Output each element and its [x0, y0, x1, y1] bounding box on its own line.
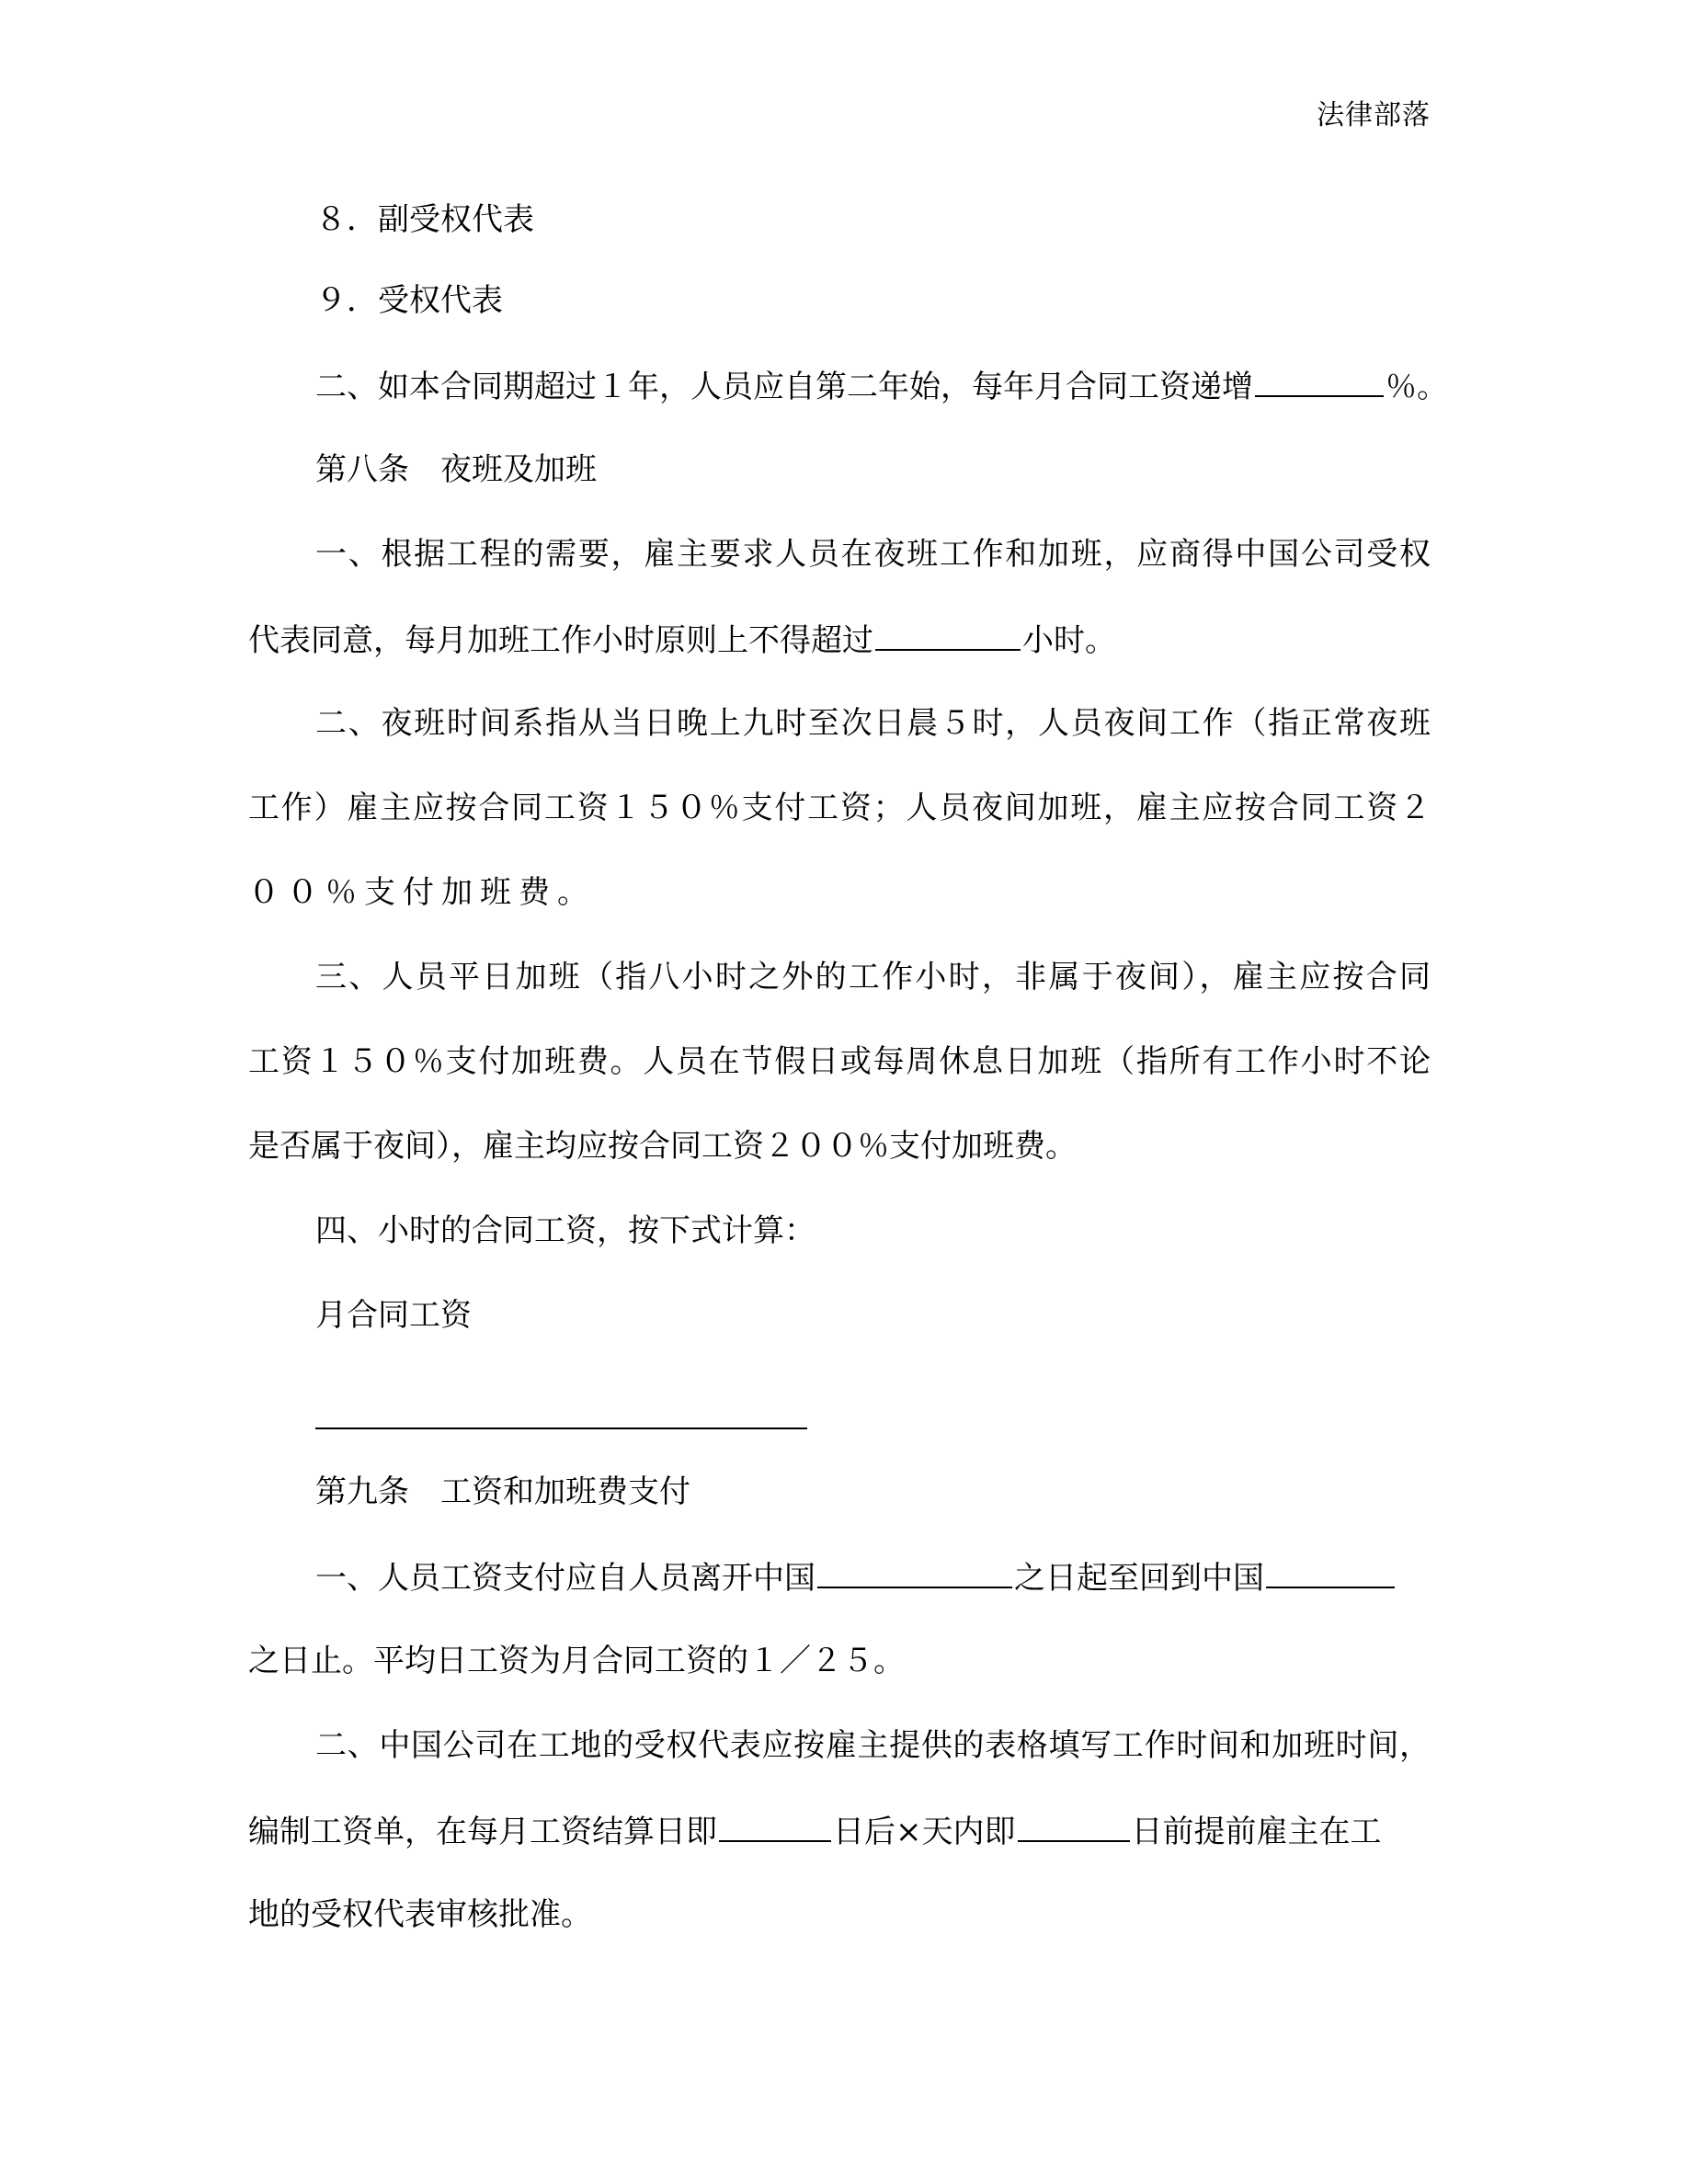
percent-blank-field[interactable] — [1255, 364, 1384, 397]
p1-line2-text: 代表同意，每月加班工作小时原则上不得超过 — [248, 622, 873, 659]
p2-line2-suffix: 日前提前雇主在工 — [1132, 1814, 1382, 1850]
article-8-heading: 第八条 夜班及加班 — [315, 449, 1431, 491]
p1-line1-text: 一、人员工资支付应自人员离开中国 — [315, 1560, 815, 1597]
settlement-day-blank-field[interactable] — [719, 1809, 831, 1842]
article-9-p2-line3: 地的受权代表审核批准。 — [248, 1894, 1431, 1936]
article-8-p1-line1: 一、根据工程的需要，雇主要求人员在夜班工作和加班，应商得中国公司受权 — [315, 533, 1431, 575]
article-9-heading: 第九条 工资和加班费支付 — [315, 1471, 1431, 1513]
article-8-p2-line1: 二、夜班时间系指从当日晚上九时至次日晨５时，人员夜间工作（指正常夜班 — [315, 702, 1431, 745]
article-9-p2-line1: 二、中国公司在工地的受权代表应按雇主提供的表格填写工作时间和加班时间， — [315, 1724, 1431, 1767]
p2-line2-middle: 日后×天内即 — [833, 1814, 1016, 1850]
p1-line2-suffix: 小时。 — [1022, 622, 1116, 659]
list-item-8: ８．副受权代表 — [315, 199, 1431, 241]
article-9-p1-line1: 一、人员工资支付应自人员离开中国之日起至回到中国 — [315, 1555, 1431, 1599]
overtime-hours-blank-field[interactable] — [875, 618, 1021, 651]
p2-line2-text: 编制工资单，在每月工资结算日即 — [248, 1814, 717, 1850]
clause-suffix: ％。 — [1386, 369, 1448, 405]
article-8-p3-line1: 三、人员平日加班（指八小时之外的工作小时，非属于夜间），雇主应按合同 — [315, 956, 1431, 998]
deadline-day-blank-field[interactable] — [1018, 1809, 1130, 1842]
article-8-p3-line2: 工资１５０％支付加班费。人员在节假日或每周休息日加班（指所有工作小时不论 — [248, 1041, 1431, 1083]
salary-increase-clause: 二、如本合同期超过１年，人员应自第二年始，每年月合同工资递增％。 — [315, 364, 1431, 408]
list-item-9: ９．受权代表 — [315, 279, 1431, 322]
page-header-title: 法律部落 — [1317, 97, 1431, 134]
formula-numerator: 月合同工资 — [315, 1294, 1431, 1337]
article-8-p3-line3: 是否属于夜间），雇主均应按合同工资２００％支付加班费。 — [248, 1125, 1431, 1167]
article-8-p2-line3: ００％支付加班费。 — [248, 871, 1431, 914]
article-9-p1-line2: 之日止。平均日工资为月合同工资的１／２５。 — [248, 1640, 1431, 1682]
return-date-blank-field[interactable] — [1266, 1555, 1395, 1588]
article-8-p1-line2: 代表同意，每月加班工作小时原则上不得超过小时。 — [248, 618, 1431, 662]
article-8-p2-line2: 工作）雇主应按合同工资１５０％支付工资；人员夜间加班，雇主应按合同工资２ — [248, 787, 1431, 829]
article-8-p4-line1: 四、小时的合同工资，按下式计算： — [315, 1210, 1431, 1252]
document-page: 法律部落 ８．副受权代表 ９．受权代表 二、如本合同期超过１年，人员应自第二年始… — [0, 0, 1688, 2184]
formula-fraction-line — [315, 1428, 807, 1429]
article-9-p2-line2: 编制工资单，在每月工资结算日即日后×天内即日前提前雇主在工 — [248, 1809, 1431, 1853]
p1-line1-middle: 之日起至回到中国 — [1014, 1560, 1264, 1597]
clause-text: 二、如本合同期超过１年，人员应自第二年始，每年月合同工资递增 — [315, 369, 1253, 405]
departure-date-blank-field[interactable] — [817, 1555, 1012, 1588]
